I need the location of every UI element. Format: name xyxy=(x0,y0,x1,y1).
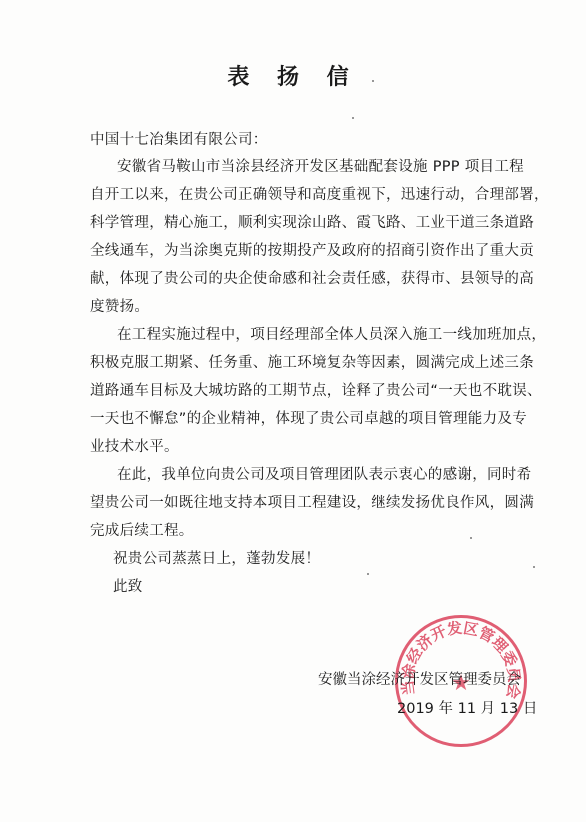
body-line: 安徽省马鞍山市当涂县经济开发区基础配套设施 PPP 项目工程 xyxy=(117,155,524,176)
salutation: 中国十七冶集团有限公司： xyxy=(90,128,268,149)
body-line: 在工程实施过程中，项目经理部全体人员深入施工一线加班加点， xyxy=(117,323,546,344)
body-line: 自开工以来，在贵公司正确领导和高度重视下，迅速行动，合理部署， xyxy=(90,183,549,204)
body-line: 一天也不懈怠”的企业精神，体现了贵公司卓越的项目管理能力及专 xyxy=(90,407,527,428)
body-line: 完成后续工程。 xyxy=(90,519,194,540)
body-line: 在此，我单位向贵公司及项目管理团队表示衷心的感谢，同时希 xyxy=(117,463,531,484)
closing-regards: 此致 xyxy=(113,575,143,596)
body-line: 献，体现了贵公司的央企使命感和社会责任感，获得市、县领导的高 xyxy=(90,267,534,288)
scan-speck xyxy=(470,537,472,539)
body-line: 全线通车，为当涂奥克斯的按期投产及政府的招商引资作出了重大贡 xyxy=(90,239,534,260)
letter-title: 表 扬 信 xyxy=(0,60,586,91)
scan-speck xyxy=(533,566,535,568)
body-line: 度赞扬。 xyxy=(90,295,149,316)
scan-speck xyxy=(352,117,354,119)
signature-date: 2019 年 11 月 13 日 xyxy=(397,697,537,718)
body-line: 道路通车目标及大城坊路的工期节点，诠释了贵公司“一天也不耽误、 xyxy=(90,379,542,400)
body-line: 望贵公司一如既往地支持本项目工程建设，继续发扬优良作风，圆满 xyxy=(90,491,534,512)
body-line: 科学管理，精心施工，顺利实现涂山路、霞飞路、工业干道三条道路 xyxy=(90,211,534,232)
body-line: 业技术水平。 xyxy=(90,435,179,456)
scan-speck xyxy=(367,573,369,575)
letter-page: 表 扬 信 中国十七冶集团有限公司： 安徽省马鞍山市当涂县经济开发区基础配套设施… xyxy=(0,0,586,822)
body-line: 积极克服工期紧、任务重、施工环境复杂等因素，圆满完成上述三条 xyxy=(90,351,534,372)
scan-speck xyxy=(372,80,374,82)
closing-wish: 祝贵公司蒸蒸日上，蓬勃发展！ xyxy=(113,547,320,568)
signature-organization: 安徽当涂经济开发区管理委员会 xyxy=(318,668,521,689)
